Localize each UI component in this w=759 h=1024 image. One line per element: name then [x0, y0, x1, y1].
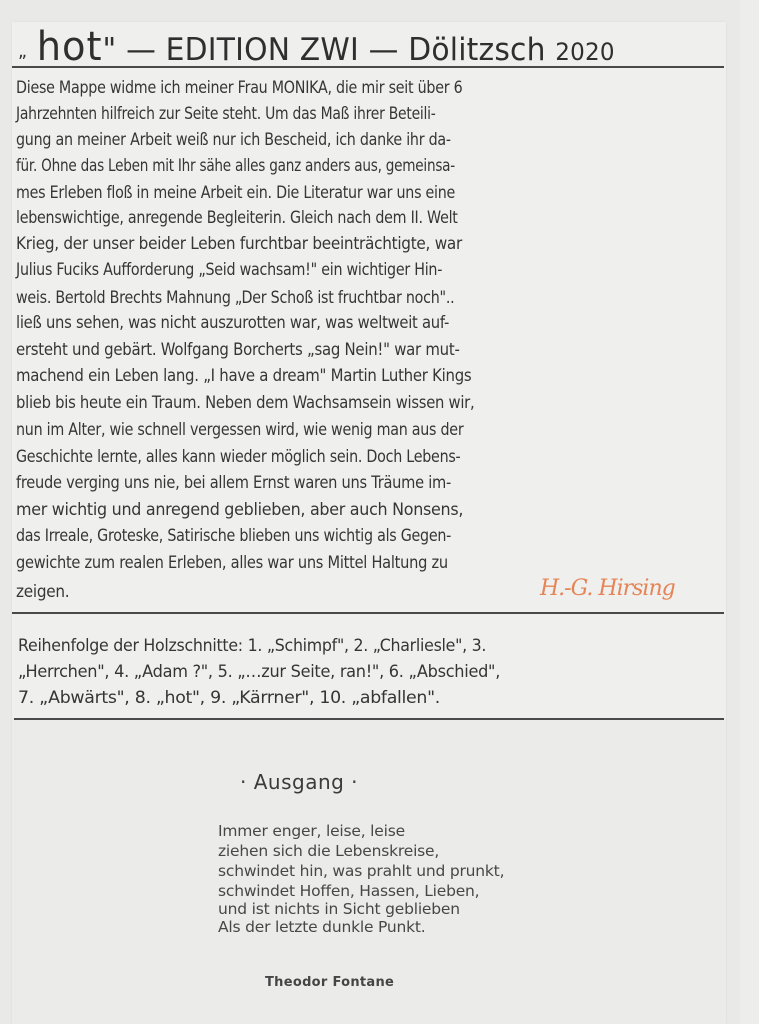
woodcut-order-line: 7. „Abwärts", 8. „hot", 9. „Kärrner", 10… [18, 688, 440, 708]
header-work-title: hot [37, 24, 103, 70]
header-rule [12, 66, 724, 68]
poem-line: Als der letzte dunkle Punkt. [218, 918, 426, 936]
dedication-line: freude verging uns nie, bei allem Ernst … [16, 473, 451, 493]
dedication-line: blieb bis heute ein Traum. Neben dem Wac… [16, 393, 474, 413]
header-edition: — EDITION ZWI — [116, 32, 408, 68]
dedication-line: Geschichte lernte, alles kann wieder mög… [16, 447, 460, 467]
dedication-line: gewichte zum realen Erleben, alles war u… [16, 553, 448, 573]
dedication-line: nun im Alter, wie schnell vergessen wird… [16, 420, 463, 440]
dedication-line: machend ein Leben lang. „I have a dream"… [16, 366, 471, 386]
poem-author: Theodor Fontane [265, 975, 394, 990]
dedication-line: gung an meiner Arbeit weiß nur ich Besch… [16, 130, 451, 150]
dedication-line: zeigen. [16, 582, 69, 602]
dedication-line: ließ uns sehen, was nicht auszurotten wa… [16, 313, 449, 333]
dedication-line: mer wichtig und anregend geblieben, aber… [16, 500, 463, 520]
dedication-line: weis. Bertold Brechts Mahnung „Der Schoß… [16, 288, 454, 308]
woodcut-order-line: Reihenfolge der Holzschnitte: 1. „Schimp… [18, 636, 486, 656]
header-title: „hot" — EDITION ZWI — Dölitzsch 2020 [18, 24, 615, 70]
poem-line: ziehen sich die Lebenskreise, [218, 842, 439, 860]
poem-title: · Ausgang · [240, 770, 358, 794]
dedication-line: lebenswichtige, anregende Begleiterin. G… [16, 208, 458, 228]
header-place: Dölitzsch [408, 32, 555, 68]
section-rule-bottom [14, 718, 724, 720]
header-close-quote: " [103, 32, 117, 68]
artist-signature: H.-G. Hirsing [540, 576, 675, 601]
dedication-line: Julius Fuciks Aufforderung „Seid wachsam… [16, 260, 442, 280]
dedication-line: das Irreale, Groteske, Satirische bliebe… [16, 526, 451, 546]
woodcut-order-line: „Herrchen", 4. „Adam ?", 5. „…zur Seite,… [18, 662, 500, 682]
header-year: 2020 [555, 38, 614, 66]
background-wall [740, 0, 759, 1024]
poem-line: schwindet Hoffen, Hassen, Lieben, [218, 882, 479, 900]
dedication-line: Krieg, der unser beider Leben furchtbar … [16, 234, 462, 254]
header-open-quote: „ [18, 41, 27, 62]
poem-line: Immer enger, leise, leise [218, 822, 405, 840]
dedication-line: Jahrzehnten hilfreich zur Seite steht. U… [16, 104, 436, 124]
dedication-line: Diese Mappe widme ich meiner Frau MONIKA… [16, 78, 462, 98]
dedication-line: mes Erleben floß in meine Arbeit ein. Di… [16, 183, 455, 203]
dedication-line: für. Ohne das Leben mit Ihr sähe alles g… [16, 156, 455, 176]
poem-line: schwindet hin, was prahlt und prunkt, [218, 862, 504, 880]
dedication-line: ersteht und gebärt. Wolfgang Borcherts „… [16, 340, 460, 360]
section-rule-top [12, 612, 724, 614]
poem-line: und ist nichts in Sicht geblieben [218, 900, 460, 918]
